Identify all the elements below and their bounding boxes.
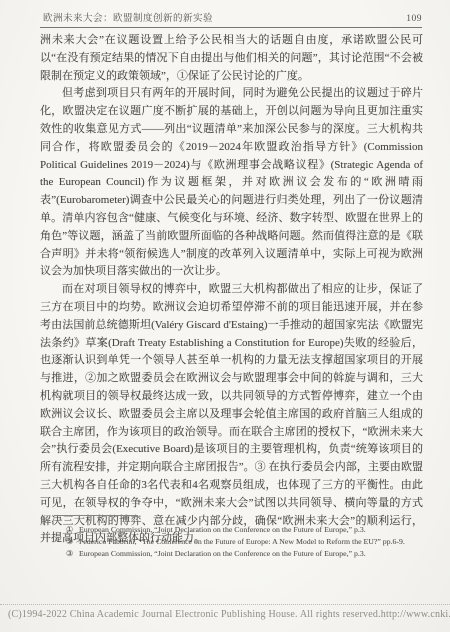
footnote-text: European Commission, “Joint Declaration … [79, 548, 428, 560]
paragraph-continuation: 洲未来大会”在议题设置上给予公民相当大的话题自由度，承诺欧盟公民可以“在没有预定… [40, 32, 423, 85]
footnote-separator [54, 515, 138, 516]
paragraph: 而在对项目领导权的博弈中，欧盟三大机构都做出了相应的让步，保证了三方在项目中的均… [40, 281, 423, 548]
footer-rule [0, 604, 450, 605]
running-head-title: 欧洲未来大会：欧盟制度创新的新实验 [43, 10, 213, 24]
footnote-marker: ② [66, 536, 79, 548]
footnote-marker: ① [66, 524, 79, 536]
footnote-text: Federico Fabbrini, “The Conference on th… [79, 536, 428, 548]
footnotes: ① European Commission, “Joint Declaratio… [66, 524, 428, 560]
footnote-item: ② Federico Fabbrini, “The Conference on … [66, 536, 428, 548]
footnote-item: ③ European Commission, “Joint Declaratio… [66, 548, 428, 560]
page-number: 109 [406, 14, 422, 24]
cnki-url: http://www.cnki.net [381, 609, 450, 620]
paragraph: 但考虑到项目只有两年的开展时间，同时为避免公民提出的议题过于碎片化，欧盟决定在议… [40, 85, 423, 281]
header-rule [40, 27, 422, 28]
copyright-text: (C)1994-2022 China Academic Journal Elec… [8, 609, 381, 620]
article-body: 洲未来大会”在议题设置上给予公民相当大的话题自由度，承诺欧盟公民可以“在没有预定… [40, 32, 423, 548]
footnote-item: ① European Commission, “Joint Declaratio… [66, 524, 428, 536]
scanned-journal-page: 欧洲未来大会：欧盟制度创新的新实验 109 洲未来大会”在议题设置上给予公民相当… [0, 0, 450, 632]
footnote-marker: ③ [66, 548, 79, 560]
running-head: 欧洲未来大会：欧盟制度创新的新实验 109 [43, 10, 422, 24]
cnki-watermark-bar: (C)1994-2022 China Academic Journal Elec… [8, 609, 446, 620]
footnote-text: European Commission, “Joint Declaration … [79, 524, 428, 536]
